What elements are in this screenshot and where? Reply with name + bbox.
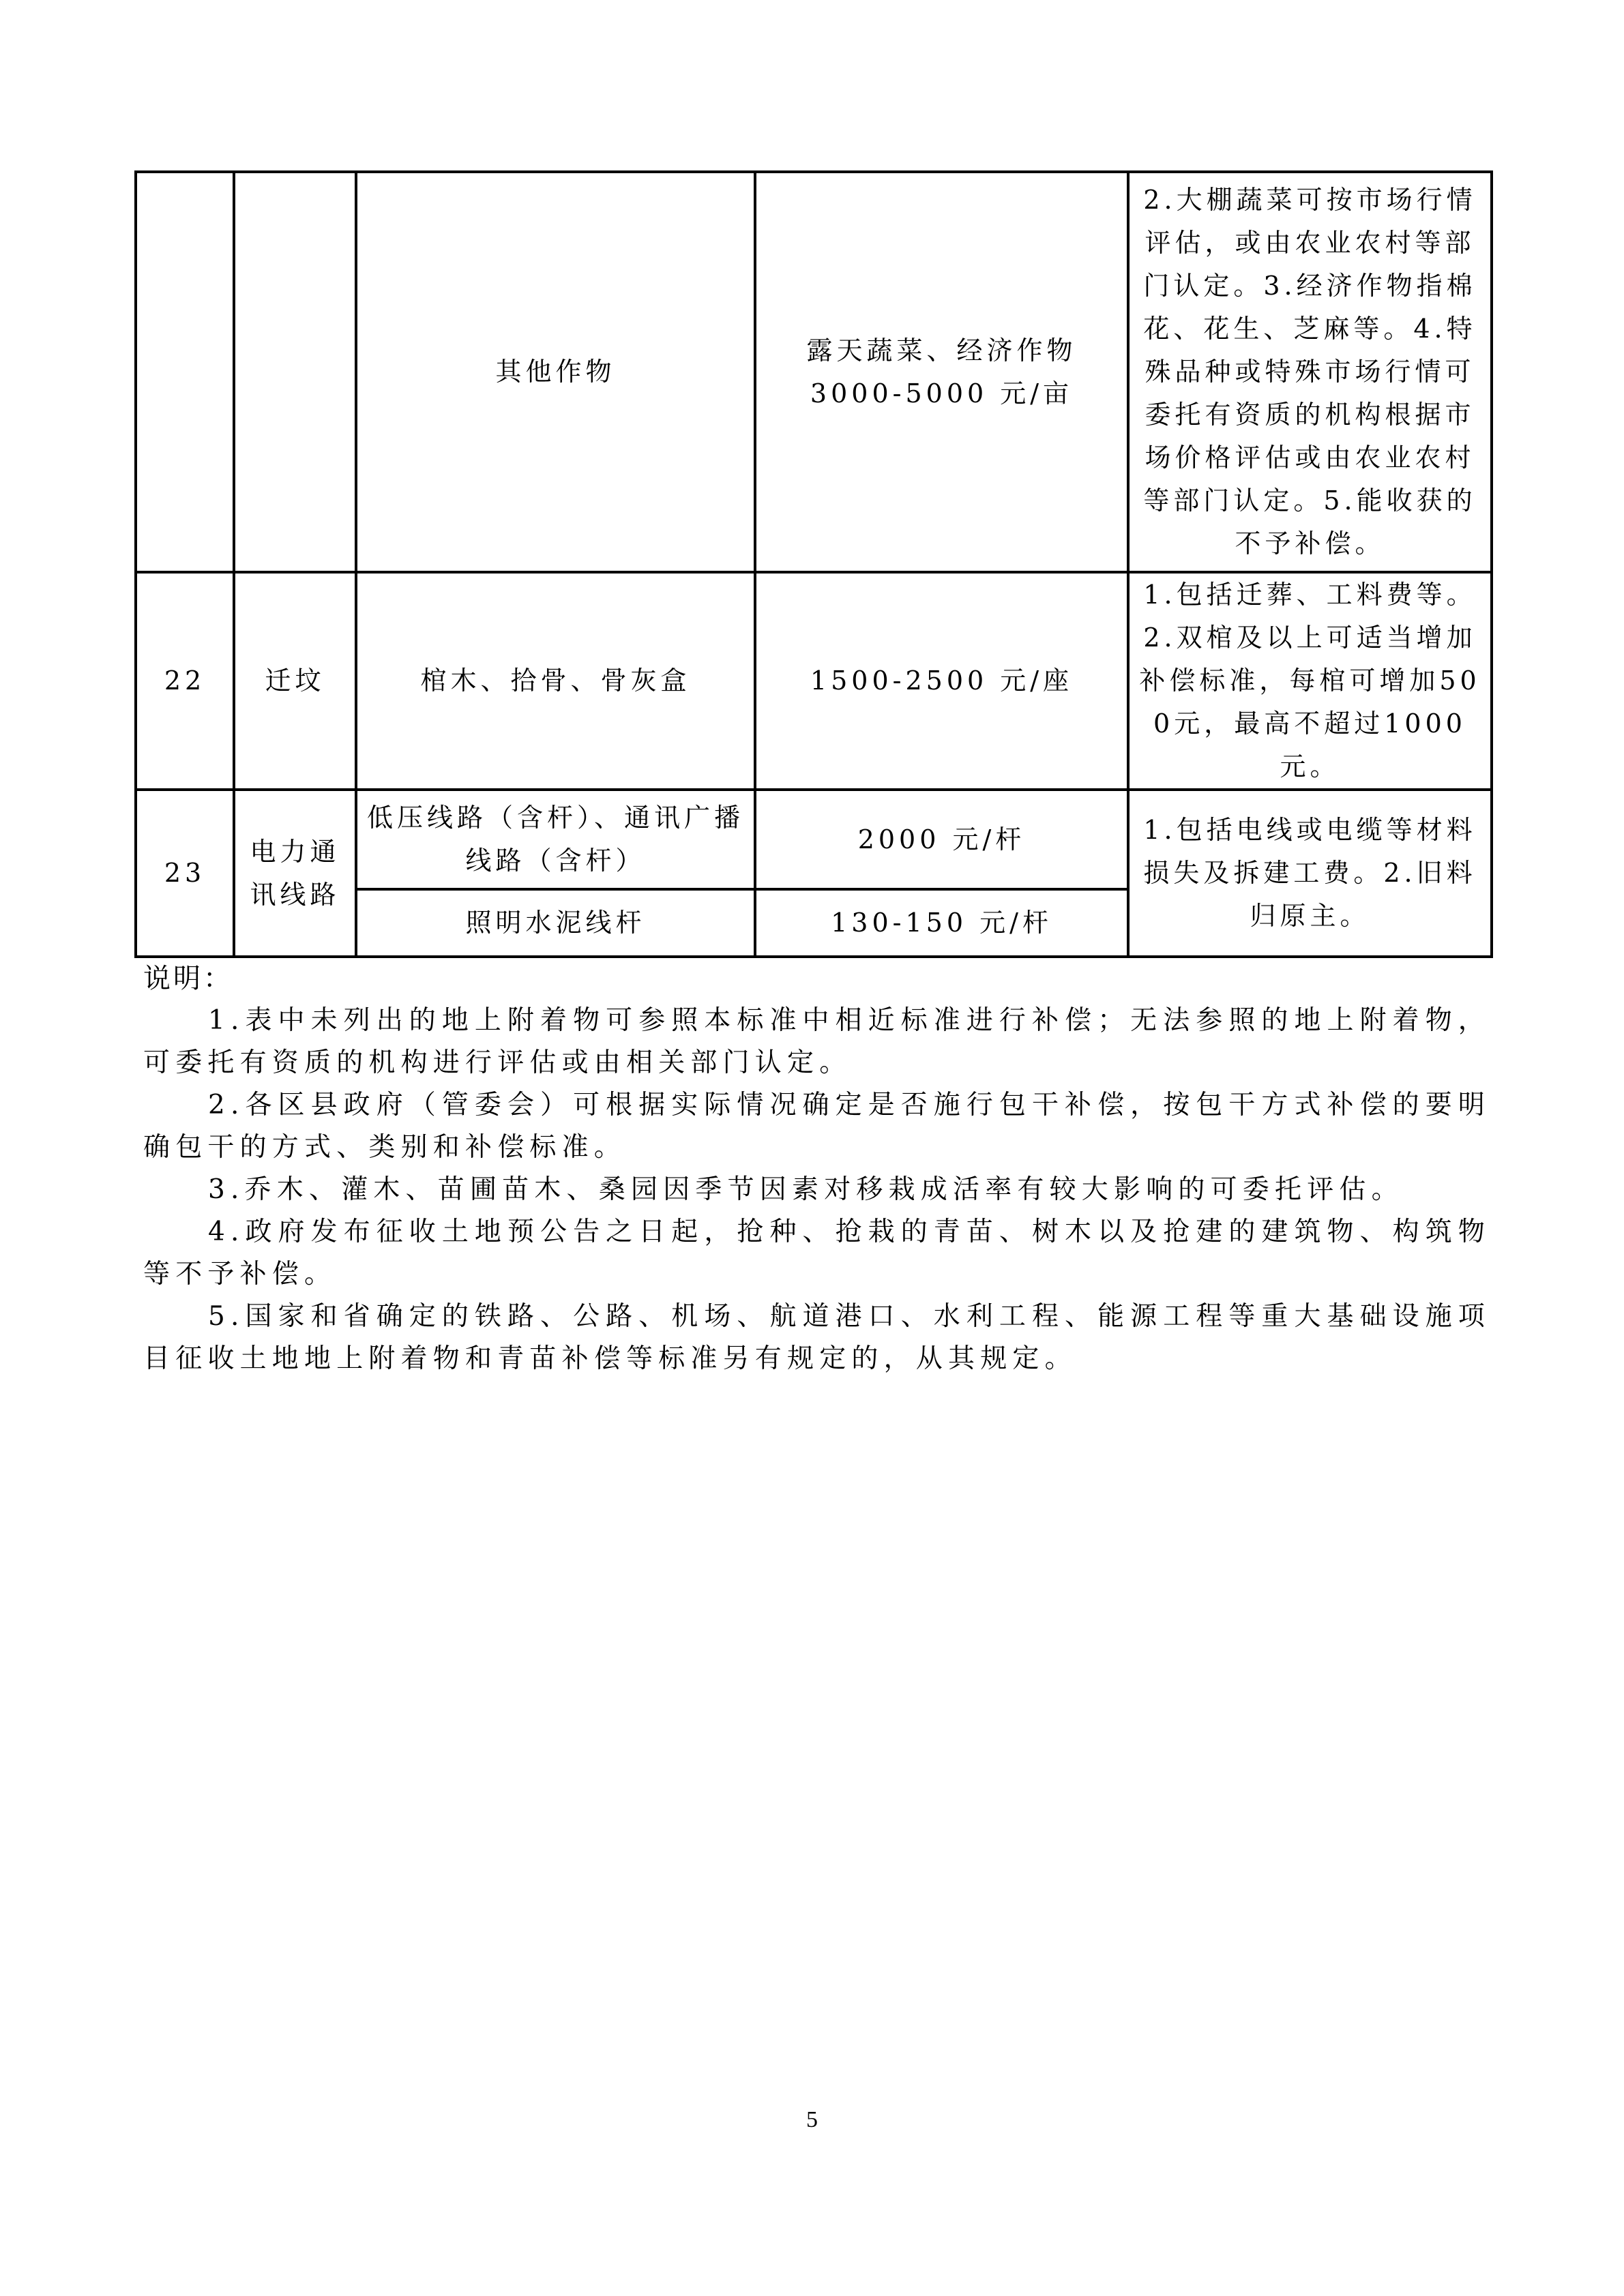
- category-cell: 电力通讯线路: [234, 790, 356, 957]
- item-cell: 照明水泥线杆: [356, 889, 755, 957]
- note-item: 3.乔木、灌木、苗圃苗木、桑园因季节因素对移栽成活率有较大影响的可委托评估。: [143, 1169, 1490, 1211]
- remarks-cell: 1.包括电线或电缆等材料损失及拆建工费。2.旧料归原主。: [1128, 790, 1492, 957]
- standard-line: 露天蔬菜、经济作物: [761, 329, 1123, 372]
- notes-section: 说明： 1.表中未列出的地上附着物可参照本标准中相近标准进行补偿；无法参照的地上…: [143, 957, 1490, 1380]
- note-item: 5.国家和省确定的铁路、公路、机场、航道港口、水利工程、能源工程等重大基础设施项…: [143, 1296, 1490, 1380]
- compensation-standards-table: 其他作物 露天蔬菜、经济作物 3000-5000 元/亩 2.大棚蔬菜可按市场行…: [134, 170, 1493, 958]
- notes-title: 说明：: [143, 957, 1490, 1000]
- standard-cell: 露天蔬菜、经济作物 3000-5000 元/亩: [755, 172, 1128, 572]
- table-row-22: 22 迁坟 棺木、拾骨、骨灰盒 1500-2500 元/座 1.包括迁葬、工料费…: [136, 572, 1492, 790]
- item-cell: 其他作物: [356, 172, 755, 572]
- standard-cell: 1500-2500 元/座: [755, 572, 1128, 790]
- row-number-cell: 22: [136, 572, 234, 790]
- note-item: 2.各区县政府（管委会）可根据实际情况确定是否施行包干补偿，按包干方式补偿的要明…: [143, 1084, 1490, 1169]
- note-item: 1.表中未列出的地上附着物可参照本标准中相近标准进行补偿；无法参照的地上附着物，…: [143, 1000, 1490, 1084]
- standard-cell: 130-150 元/杆: [755, 889, 1128, 957]
- standard-line: 3000-5000 元/亩: [761, 372, 1123, 415]
- note-item: 4.政府发布征收土地预公告之日起，抢种、抢栽的青苗、树木以及抢建的建筑物、构筑物…: [143, 1211, 1490, 1296]
- page-number: 5: [0, 2107, 1624, 2133]
- standard-cell: 2000 元/杆: [755, 790, 1128, 889]
- item-cell: 低压线路（含杆）、通讯广播线路（含杆）: [356, 790, 755, 889]
- remarks-cell: 2.大棚蔬菜可按市场行情评估，或由农业农村等部门认定。3.经济作物指棉花、花生、…: [1128, 172, 1492, 572]
- row-number-cell: [136, 172, 234, 572]
- category-cell: [234, 172, 356, 572]
- row-number-cell: 23: [136, 790, 234, 957]
- remarks-cell: 1.包括迁葬、工料费等。2.双棺及以上可适当增加补偿标准，每棺可增加500元，最…: [1128, 572, 1492, 790]
- category-cell: 迁坟: [234, 572, 356, 790]
- document-page: 其他作物 露天蔬菜、经济作物 3000-5000 元/亩 2.大棚蔬菜可按市场行…: [0, 0, 1624, 2296]
- table-row-other-crops: 其他作物 露天蔬菜、经济作物 3000-5000 元/亩 2.大棚蔬菜可按市场行…: [136, 172, 1492, 572]
- item-cell: 棺木、拾骨、骨灰盒: [356, 572, 755, 790]
- table-row-23: 23 电力通讯线路 低压线路（含杆）、通讯广播线路（含杆） 2000 元/杆 1…: [136, 790, 1492, 889]
